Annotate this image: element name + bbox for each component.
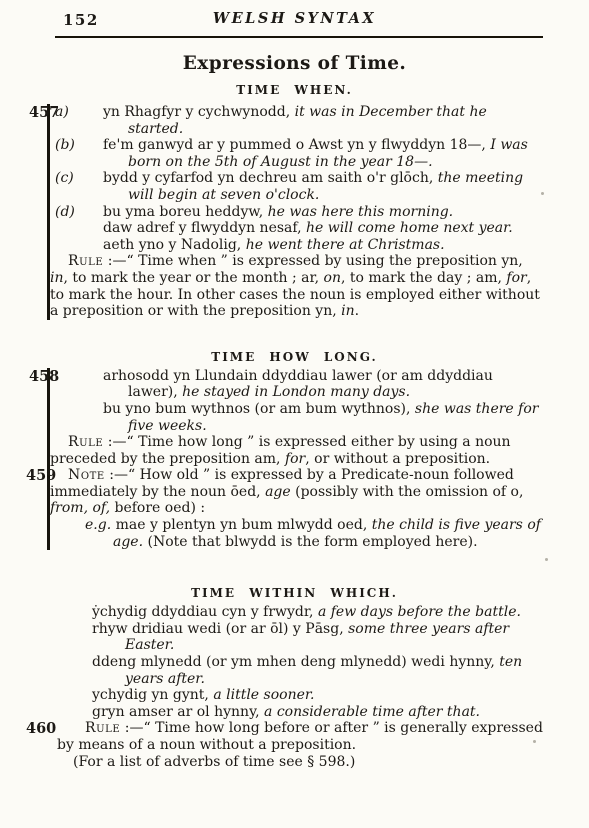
rule-paragraph-457: Rule :—“ Time when ” is expressed by usi… [50, 253, 543, 319]
welsh-phrase: bydd y cyfarfod yn dechreu am saith o'r … [103, 170, 433, 186]
running-title: WELSH SYNTAX [0, 10, 589, 27]
rule-italic: in [50, 270, 64, 286]
english-translation: he will come home next year. [306, 220, 513, 236]
english-translation: a considerable time after that. [264, 704, 480, 720]
english-translation: a little sooner. [213, 687, 314, 703]
rule-italic: for [506, 270, 526, 286]
welsh-phrase: gryn amser ar ol hynny, [92, 704, 260, 720]
rule-text: , to mark the year or the month ; ar, [64, 270, 324, 286]
eg-label: e.g. [85, 517, 111, 533]
header-rule [55, 36, 543, 38]
welsh-phrase: ddeng mlynedd (or ym mhen deng mlynedd) … [92, 654, 495, 670]
item-label: a) [55, 104, 69, 121]
welsh-phrase: ychydig yn gynt, [92, 687, 209, 703]
section-457: 457 a)yn Rhagfyr y cychwynodd, it was in… [47, 104, 543, 320]
example-line: (d)bu yma boreu heddyw, he was here this… [50, 204, 543, 221]
example-line: ddeng mlynedd (or ym mhen deng mlynedd) … [47, 654, 543, 687]
rule-paragraph-458: Rule :—“ Time how long ” is expressed ei… [50, 434, 543, 467]
section-heading-time-when: TIME WHEN. [0, 83, 589, 97]
note-text: (possibly with the omission of o, [291, 484, 524, 500]
example-line: a)yn Rhagfyr y cychwynodd, it was in Dec… [50, 104, 543, 137]
example-line: rhyw dridiau wedi (or ar ōl) y Pāsg, som… [47, 621, 543, 654]
scan-speck [533, 740, 536, 743]
example-line: aeth yno y Nadolig, he went there at Chr… [50, 237, 543, 254]
example-line: daw adref y flwyddyn nesaf, he will come… [50, 220, 543, 237]
section-heading-time-how-long: TIME HOW LONG. [0, 350, 589, 364]
note-label: Note [68, 467, 105, 483]
english-translation: a few days before the battle. [318, 604, 521, 620]
rule-label: Rule [85, 720, 120, 736]
example-line: ychydig yn gynt, a little sooner. [47, 687, 543, 704]
english-translation: he was here this morning. [268, 204, 454, 220]
item-label: (c) [55, 170, 74, 187]
footnote-line: (For a list of adverbs of time see § 598… [47, 754, 543, 771]
rule-italic: for [285, 451, 305, 467]
example-line: arhosodd yn Llundain ddyddiau lawer (or … [50, 368, 543, 401]
scan-speck [545, 558, 548, 561]
section-460: 460Rule :—“ Time how long before or afte… [47, 720, 543, 770]
example-line: gryn amser ar ol hynny, a considerable t… [47, 704, 543, 721]
page-title: Expressions of Time. [0, 53, 589, 74]
section-time-within-which: ẏchydig ddyddiau cyn y frwydr, a few day… [47, 604, 543, 720]
rule-label: Rule [68, 434, 103, 450]
note-paragraph-459: 459Note :—“ How old ” is expressed by a … [50, 467, 543, 517]
rule-italic: on [324, 270, 341, 286]
rule-text: :—“ Time when ” is expressed by using th… [103, 253, 522, 269]
welsh-phrase: daw adref y flwyddyn nesaf, [103, 220, 302, 236]
example-line: ẏchydig ddyddiau cyn y frwydr, a few day… [47, 604, 543, 621]
section-heading-time-within-which: TIME WITHIN WHICH. [0, 586, 589, 600]
example-line: (b)fe'm ganwyd ar y pummed o Awst yn y f… [50, 137, 543, 170]
item-label: (d) [55, 204, 75, 221]
section-number-459: 459 [26, 468, 56, 485]
note-text: before oed) : [110, 500, 205, 516]
welsh-phrase: mae y plentyn yn bum mlwydd oed, [111, 517, 372, 533]
book-page: 152 WELSH SYNTAX Expressions of Time. TI… [0, 0, 589, 828]
eg-note: (Note that blwydd is the form employed h… [143, 534, 477, 550]
page-header: 152 WELSH SYNTAX [0, 0, 589, 30]
welsh-phrase: fe'm ganwyd ar y pummed o Awst yn y flwy… [103, 137, 486, 153]
scan-speck [541, 192, 544, 195]
rule-italic: in [341, 303, 355, 319]
welsh-phrase: aeth yno y Nadolig, [103, 237, 241, 253]
english-translation: he stayed in London many days. [182, 384, 410, 400]
rule-paragraph-460: 460Rule :—“ Time how long before or afte… [47, 720, 543, 753]
note-italic: from, of, [50, 500, 110, 516]
english-translation: he went there at Christmas. [246, 237, 445, 253]
welsh-phrase: rhyw dridiau wedi (or ar ōl) y Pāsg, [92, 621, 344, 637]
rule-text: :—“ Time how long before or after ” is g… [57, 720, 543, 753]
item-label: (b) [55, 137, 75, 154]
rule-text: , or without a preposition. [305, 451, 490, 467]
rule-text: , to mark the day ; am, [341, 270, 506, 286]
example-line: bu yno bum wythnos (or am bum wythnos), … [50, 401, 543, 434]
welsh-phrase: bu yno bum wythnos (or am bum wythnos), [103, 401, 410, 417]
rule-label: Rule [68, 253, 103, 269]
rule-text: . [355, 303, 359, 319]
welsh-phrase: bu yma boreu heddyw, [103, 204, 263, 220]
welsh-phrase: ẏchydig ddyddiau cyn y frwydr, [92, 604, 313, 620]
example-line-eg: e.g. mae y plentyn yn bum mlwydd oed, th… [50, 517, 543, 550]
section-458-459: 458 arhosodd yn Llundain ddyddiau lawer … [47, 368, 543, 551]
welsh-phrase: yn Rhagfyr y cychwynodd, [103, 104, 290, 120]
section-number-460: 460 [26, 721, 56, 738]
example-line: (c)bydd y cyfarfod yn dechreu am saith o… [50, 170, 543, 203]
note-italic: age [265, 484, 291, 500]
